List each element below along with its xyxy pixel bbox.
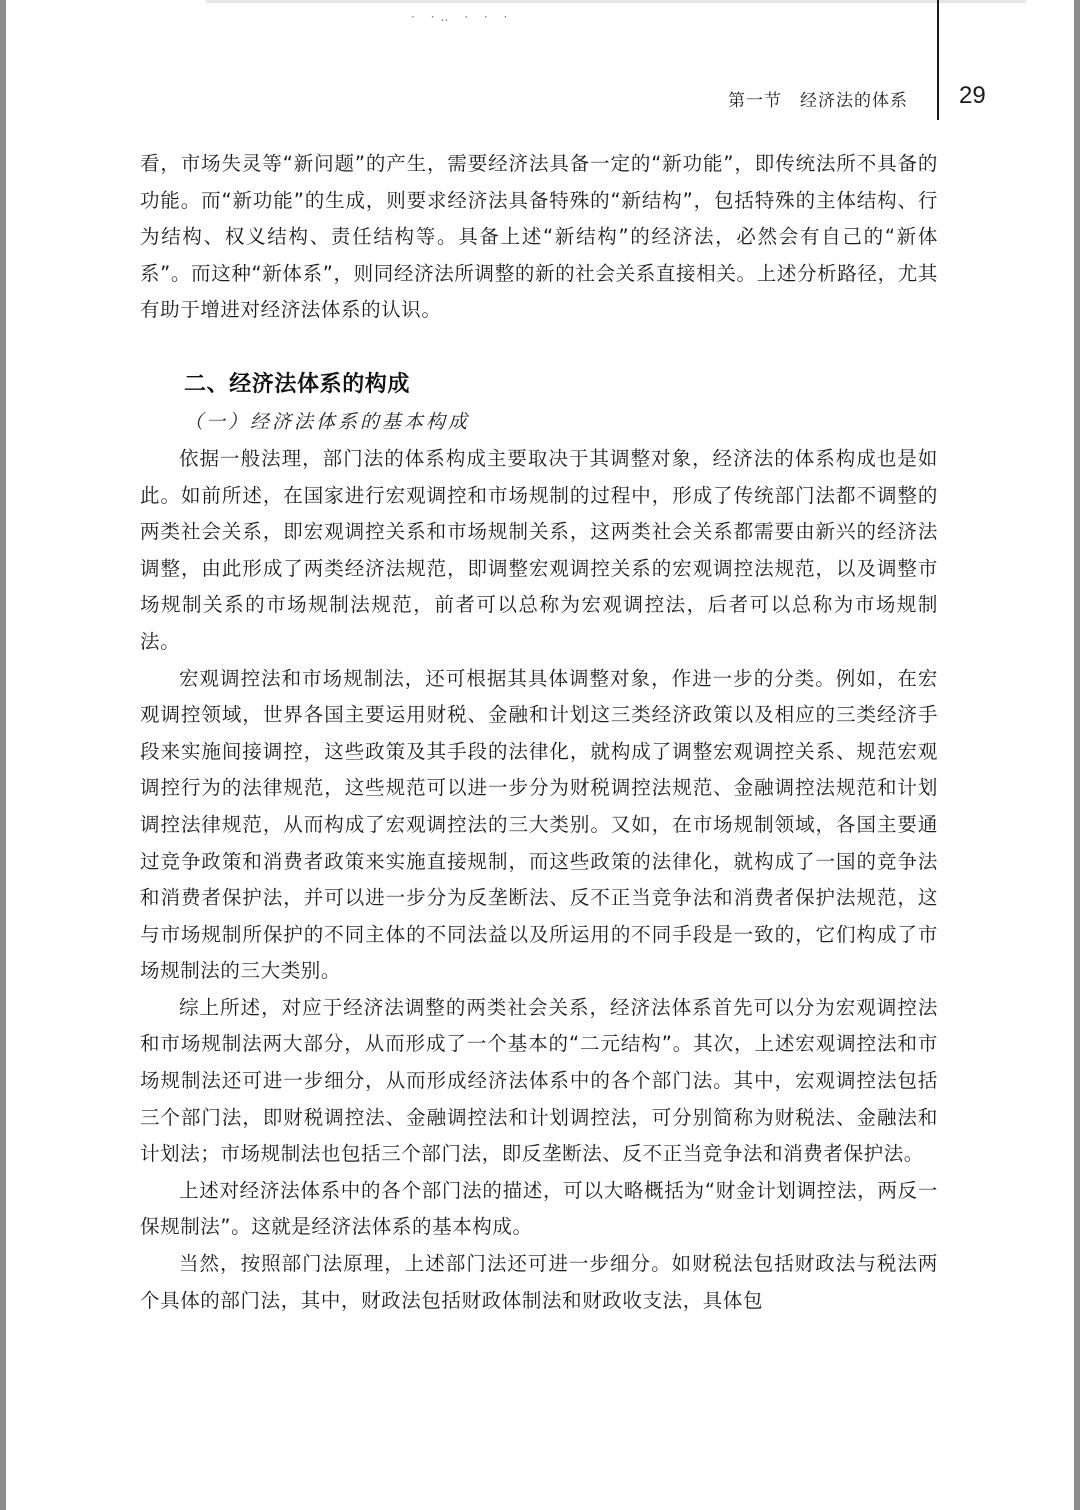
page-number: 29: [959, 82, 986, 110]
header-divider: [937, 0, 939, 120]
paragraph: 宏观调控法和市场规制法，还可根据其具体调整对象，作进一步的分类。例如，在宏观调控…: [140, 661, 938, 990]
page-body: 看，市场失灵等“新问题”的产生，需要经济法具备一定的“新功能”，即传统法所不具备…: [140, 146, 938, 1319]
paragraph: 当然，按照部门法原理，上述部门法还可进一步细分。如财税法包括财政法与税法两个具体…: [140, 1246, 938, 1319]
subsection-heading: （一）经济法体系的基本构成: [140, 403, 938, 441]
scan-noise: · ·‥ · · ·: [411, 10, 513, 24]
paragraph: 上述对经济法体系中的各个部门法的描述，可以大略概括为“财金计划调控法，两反一保规…: [140, 1173, 938, 1246]
section-heading: 二、经济法体系的构成: [140, 367, 938, 403]
paragraph: 依据一般法理，部门法的体系构成主要取决于其调整对象，经济法的体系构成也是如此。如…: [140, 441, 938, 661]
running-head: 第一节经济法的体系: [728, 86, 908, 111]
paragraph: 综上所述，对应于经济法调整的两类社会关系，经济法体系首先可以分为宏观调控法和市场…: [140, 990, 938, 1173]
book-page: · ·‥ · · · 第一节经济法的体系 29 看，市场失灵等“新问题”的产生，…: [6, 0, 1074, 1510]
section-label: 第一节: [728, 91, 782, 111]
chapter-title: 经济法的体系: [800, 91, 908, 111]
scan-edge: [206, 0, 1026, 3]
paragraph-continued: 看，市场失灵等“新问题”的产生，需要经济法具备一定的“新功能”，即传统法所不具备…: [140, 146, 938, 329]
